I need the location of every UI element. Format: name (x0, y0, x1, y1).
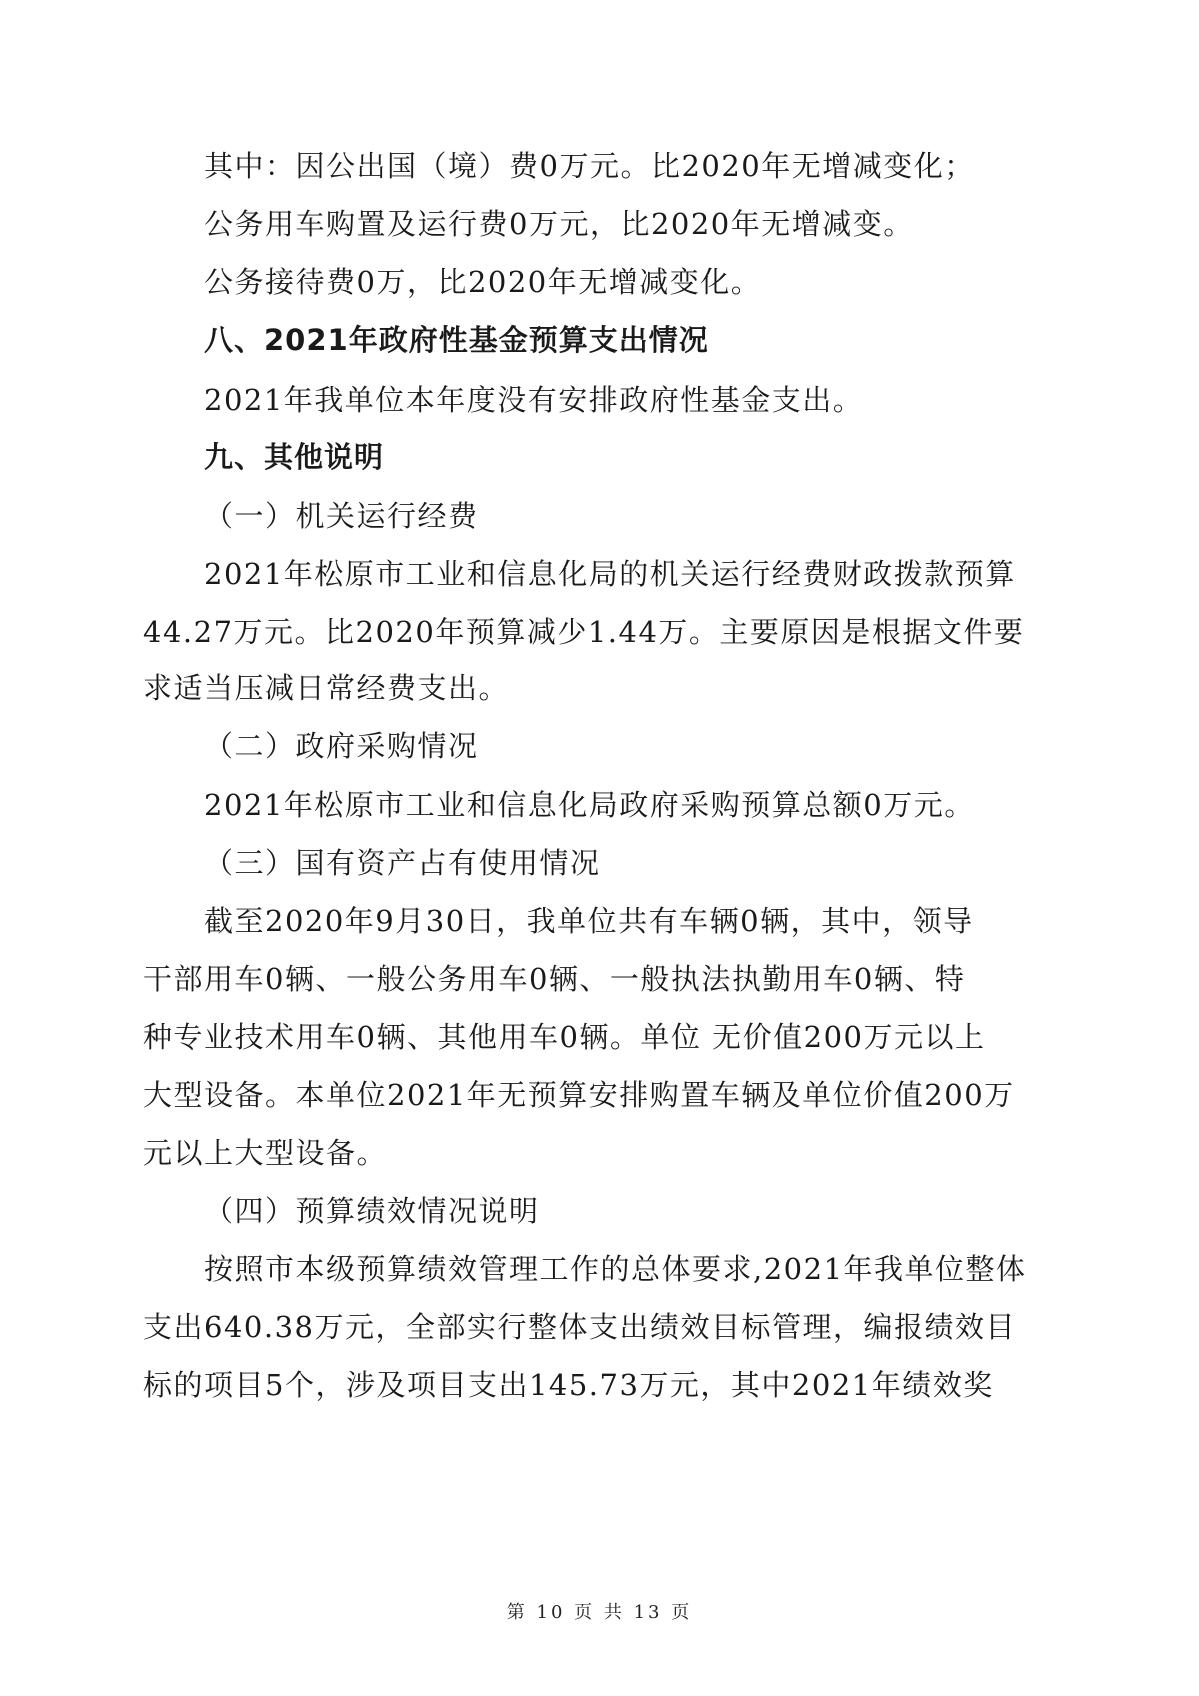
page-number-footer: 第 10 页 共 13 页 (0, 1598, 1199, 1624)
paragraph-line: 种专业技术用车0辆、其他用车0辆。单位 无价值200万元以上 (143, 1017, 985, 1057)
paragraph-line: 2021年松原市工业和信息化局的机关运行经费财政拨款预算 (204, 554, 1016, 594)
subsection-heading: （四）预算绩效情况说明 (204, 1191, 540, 1231)
paragraph-line: 标的项目5个，涉及项目支出145.73万元，其中2021年绩效奖 (143, 1365, 994, 1405)
paragraph-line: 大型设备。本单位2021年无预算安排购置车辆及单位价值200万 (143, 1075, 1015, 1115)
paragraph-line: 支出640.38万元，全部实行整体支出绩效目标管理，编报绩效目 (143, 1307, 1016, 1347)
paragraph-line: 2021年我单位本年度没有安排政府性基金支出。 (204, 380, 863, 420)
paragraph-line: 求适当压减日常经费支出。 (143, 668, 509, 708)
subsection-heading: （三）国有资产占有使用情况 (204, 843, 601, 883)
paragraph-line: 元以上大型设备。 (143, 1133, 387, 1173)
paragraph-line: 公务接待费0万，比2020年无增减变化。 (204, 262, 761, 302)
paragraph-line: 其中：因公出国（境）费0万元。比2020年无增减变化； (204, 146, 975, 186)
paragraph-line: 按照市本级预算绩效管理工作的总体要求,2021年我单位整体 (204, 1249, 1027, 1289)
paragraph-line: 44.27万元。比2020年预算减少1.44万。主要原因是根据文件要 (143, 612, 1024, 652)
paragraph-line: 公务用车购置及运行费0万元，比2020年无增减变。 (204, 204, 914, 244)
subsection-heading: （二）政府采购情况 (204, 726, 479, 766)
paragraph-line: 干部用车0辆、一般公务用车0辆、一般执法执勤用车0辆、特 (143, 959, 965, 999)
subsection-heading: （一）机关运行经费 (204, 496, 479, 536)
section-heading: 八、2021年政府性基金预算支出情况 (204, 320, 709, 360)
paragraph-line: 2021年松原市工业和信息化局政府采购预算总额0万元。 (204, 785, 975, 825)
paragraph-line: 截至2020年9月30日，我单位共有车辆0辆，其中，领导 (204, 901, 974, 941)
section-heading: 九、其他说明 (204, 437, 384, 477)
